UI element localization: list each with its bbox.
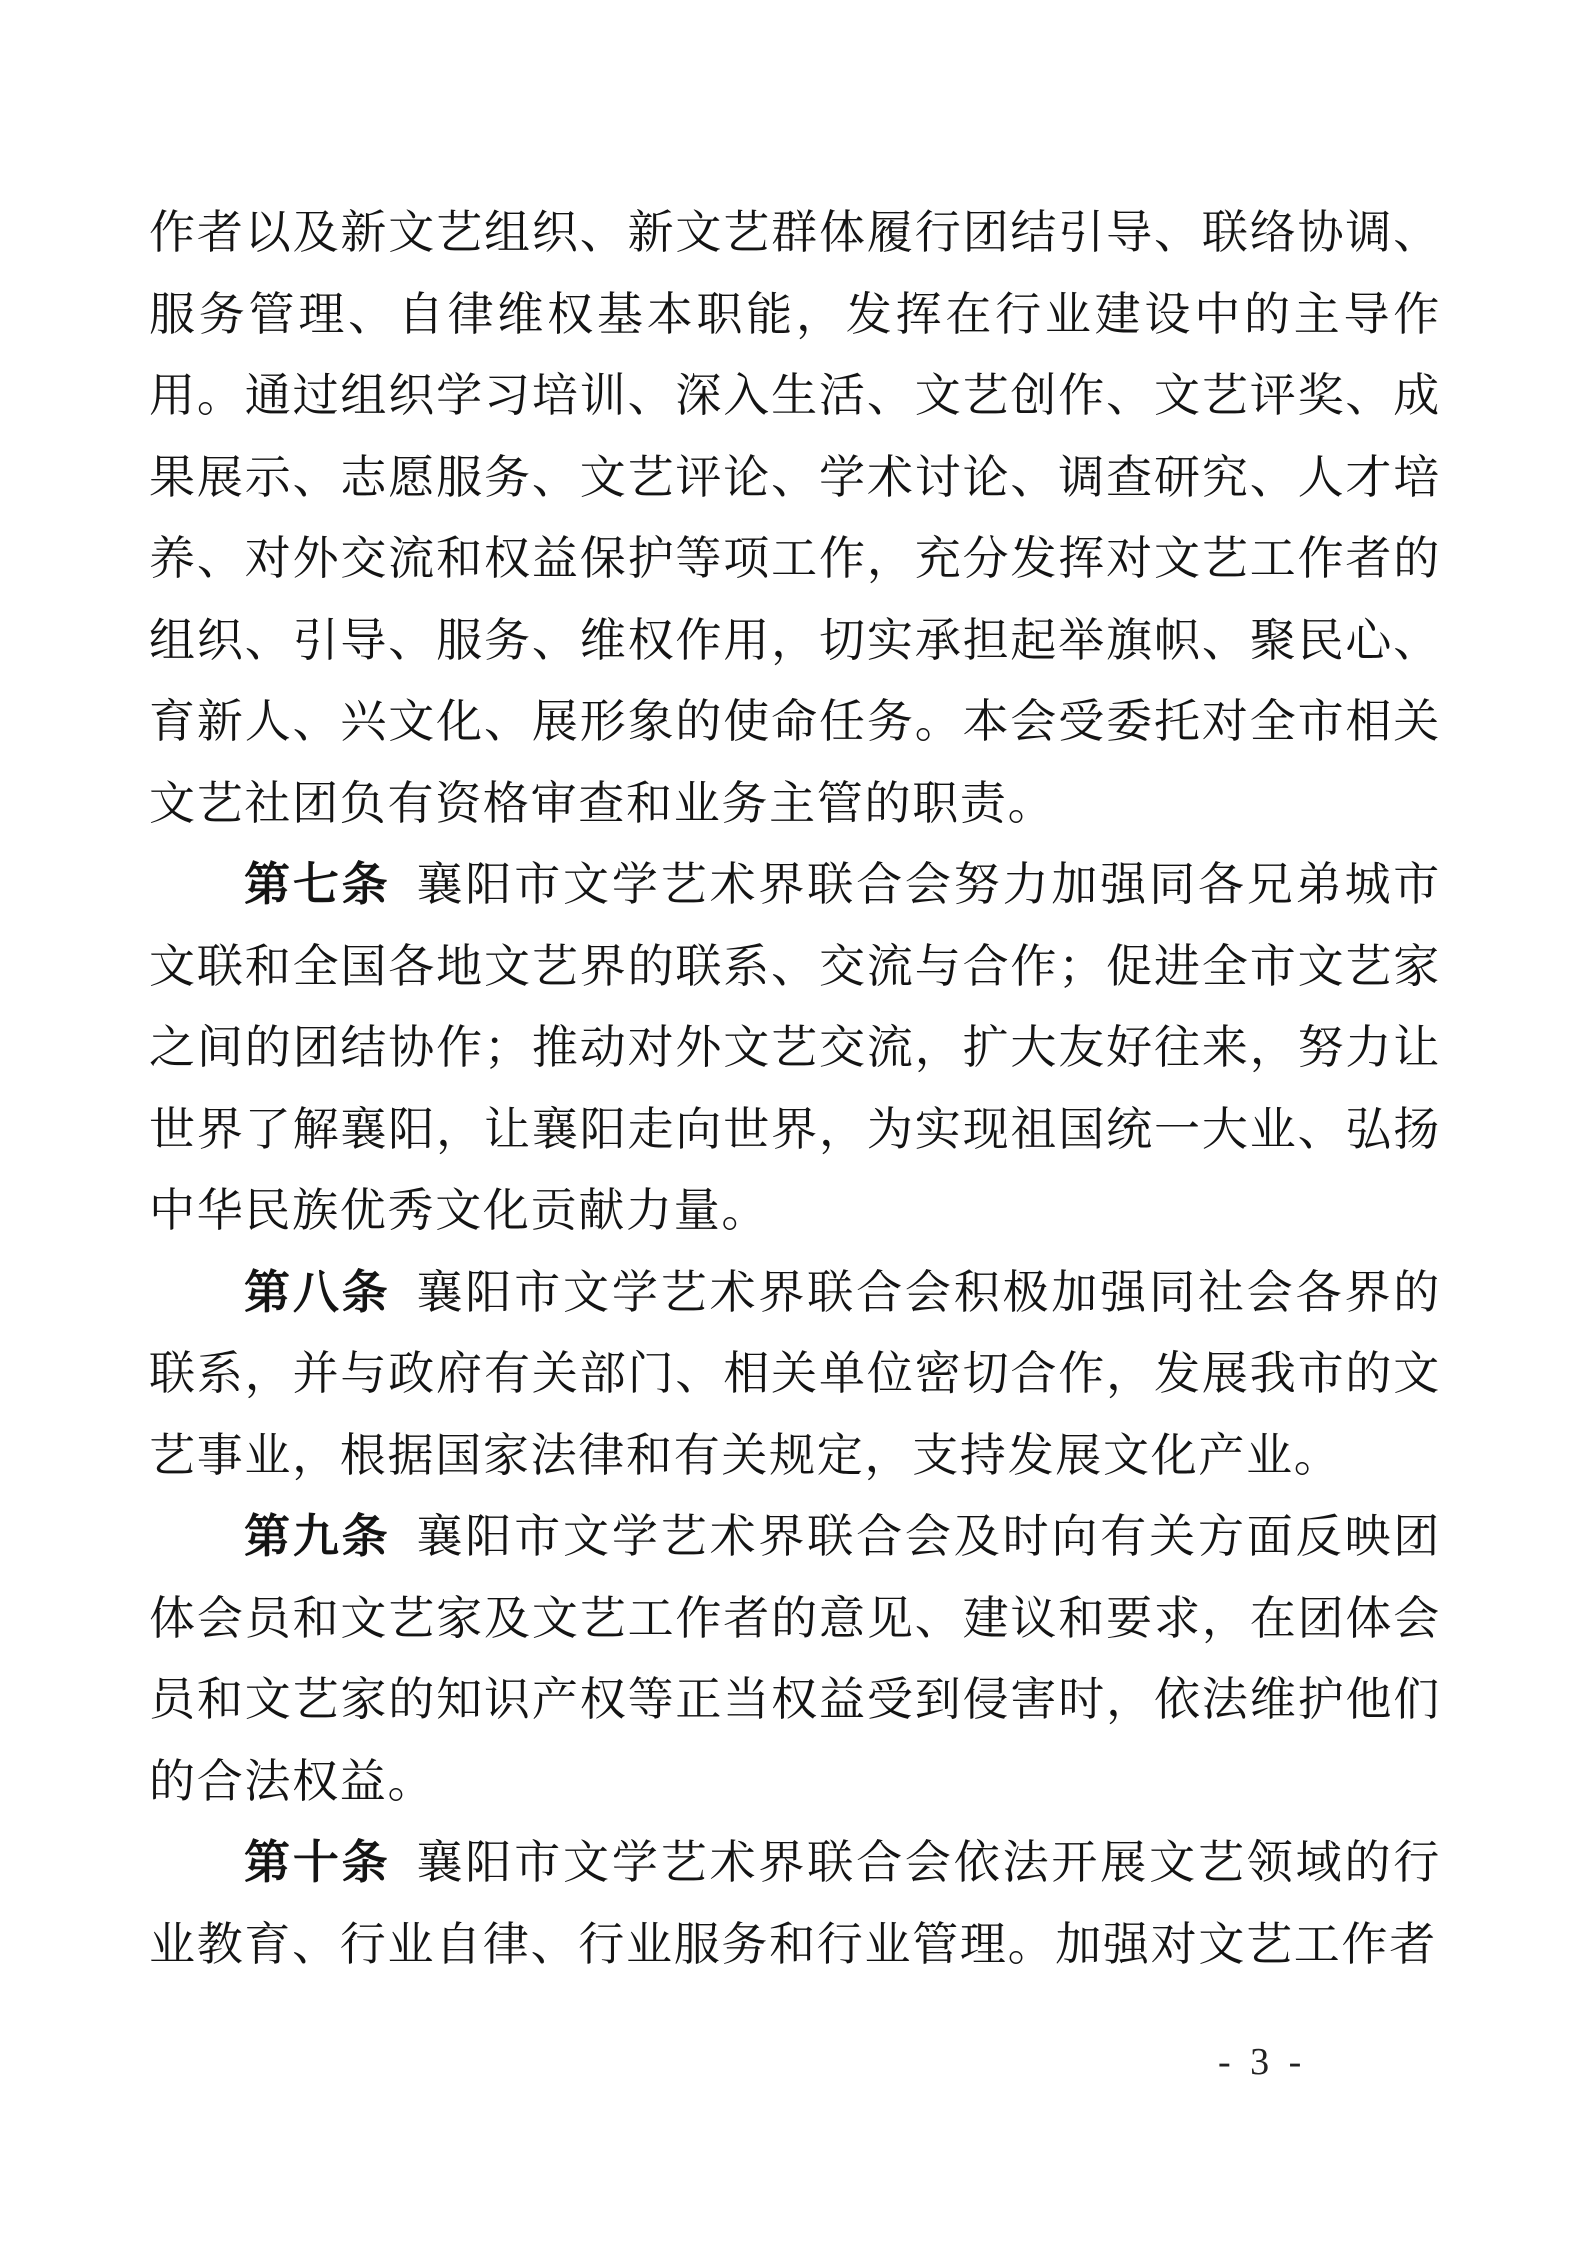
page-number: - 3 - [1218,2040,1306,2084]
paragraph-continuation: 作者以及新文艺组织、新文艺群体履行团结引导、联络协调、服务管理、自律维权基本职能… [149,192,1441,844]
paragraph-article-8: 第八条襄阳市文学艺术界联合会积极加强同社会各界的联系，并与政府有关部门、相关单位… [149,1252,1441,1497]
article-9-heading: 第九条 [244,1511,391,1562]
paragraph-article-10: 第十条襄阳市文学艺术界联合会依法开展文艺领域的行业教育、行业自律、行业服务和行业… [149,1822,1441,1985]
article-7-heading: 第七条 [244,859,391,910]
paragraph-continuation-text: 作者以及新文艺组织、新文艺群体履行团结引导、联络协调、服务管理、自律维权基本职能… [149,207,1441,829]
paragraph-article-9: 第九条襄阳市文学艺术界联合会及时向有关方面反映团体会员和文艺家及文艺工作者的意见… [149,1496,1441,1822]
document-page: 作者以及新文艺组织、新文艺群体履行团结引导、联络协调、服务管理、自律维权基本职能… [0,0,1587,2245]
paragraph-article-7: 第七条襄阳市文学艺术界联合会努力加强同各兄弟城市文联和全国各地文艺界的联系、交流… [149,844,1441,1252]
document-body: 作者以及新文艺组织、新文艺群体履行团结引导、联络协调、服务管理、自律维权基本职能… [149,192,1441,1985]
article-10-heading: 第十条 [244,1837,391,1888]
article-7-text: 襄阳市文学艺术界联合会努力加强同各兄弟城市文联和全国各地文艺界的联系、交流与合作… [149,859,1441,1236]
article-8-heading: 第八条 [244,1267,391,1318]
